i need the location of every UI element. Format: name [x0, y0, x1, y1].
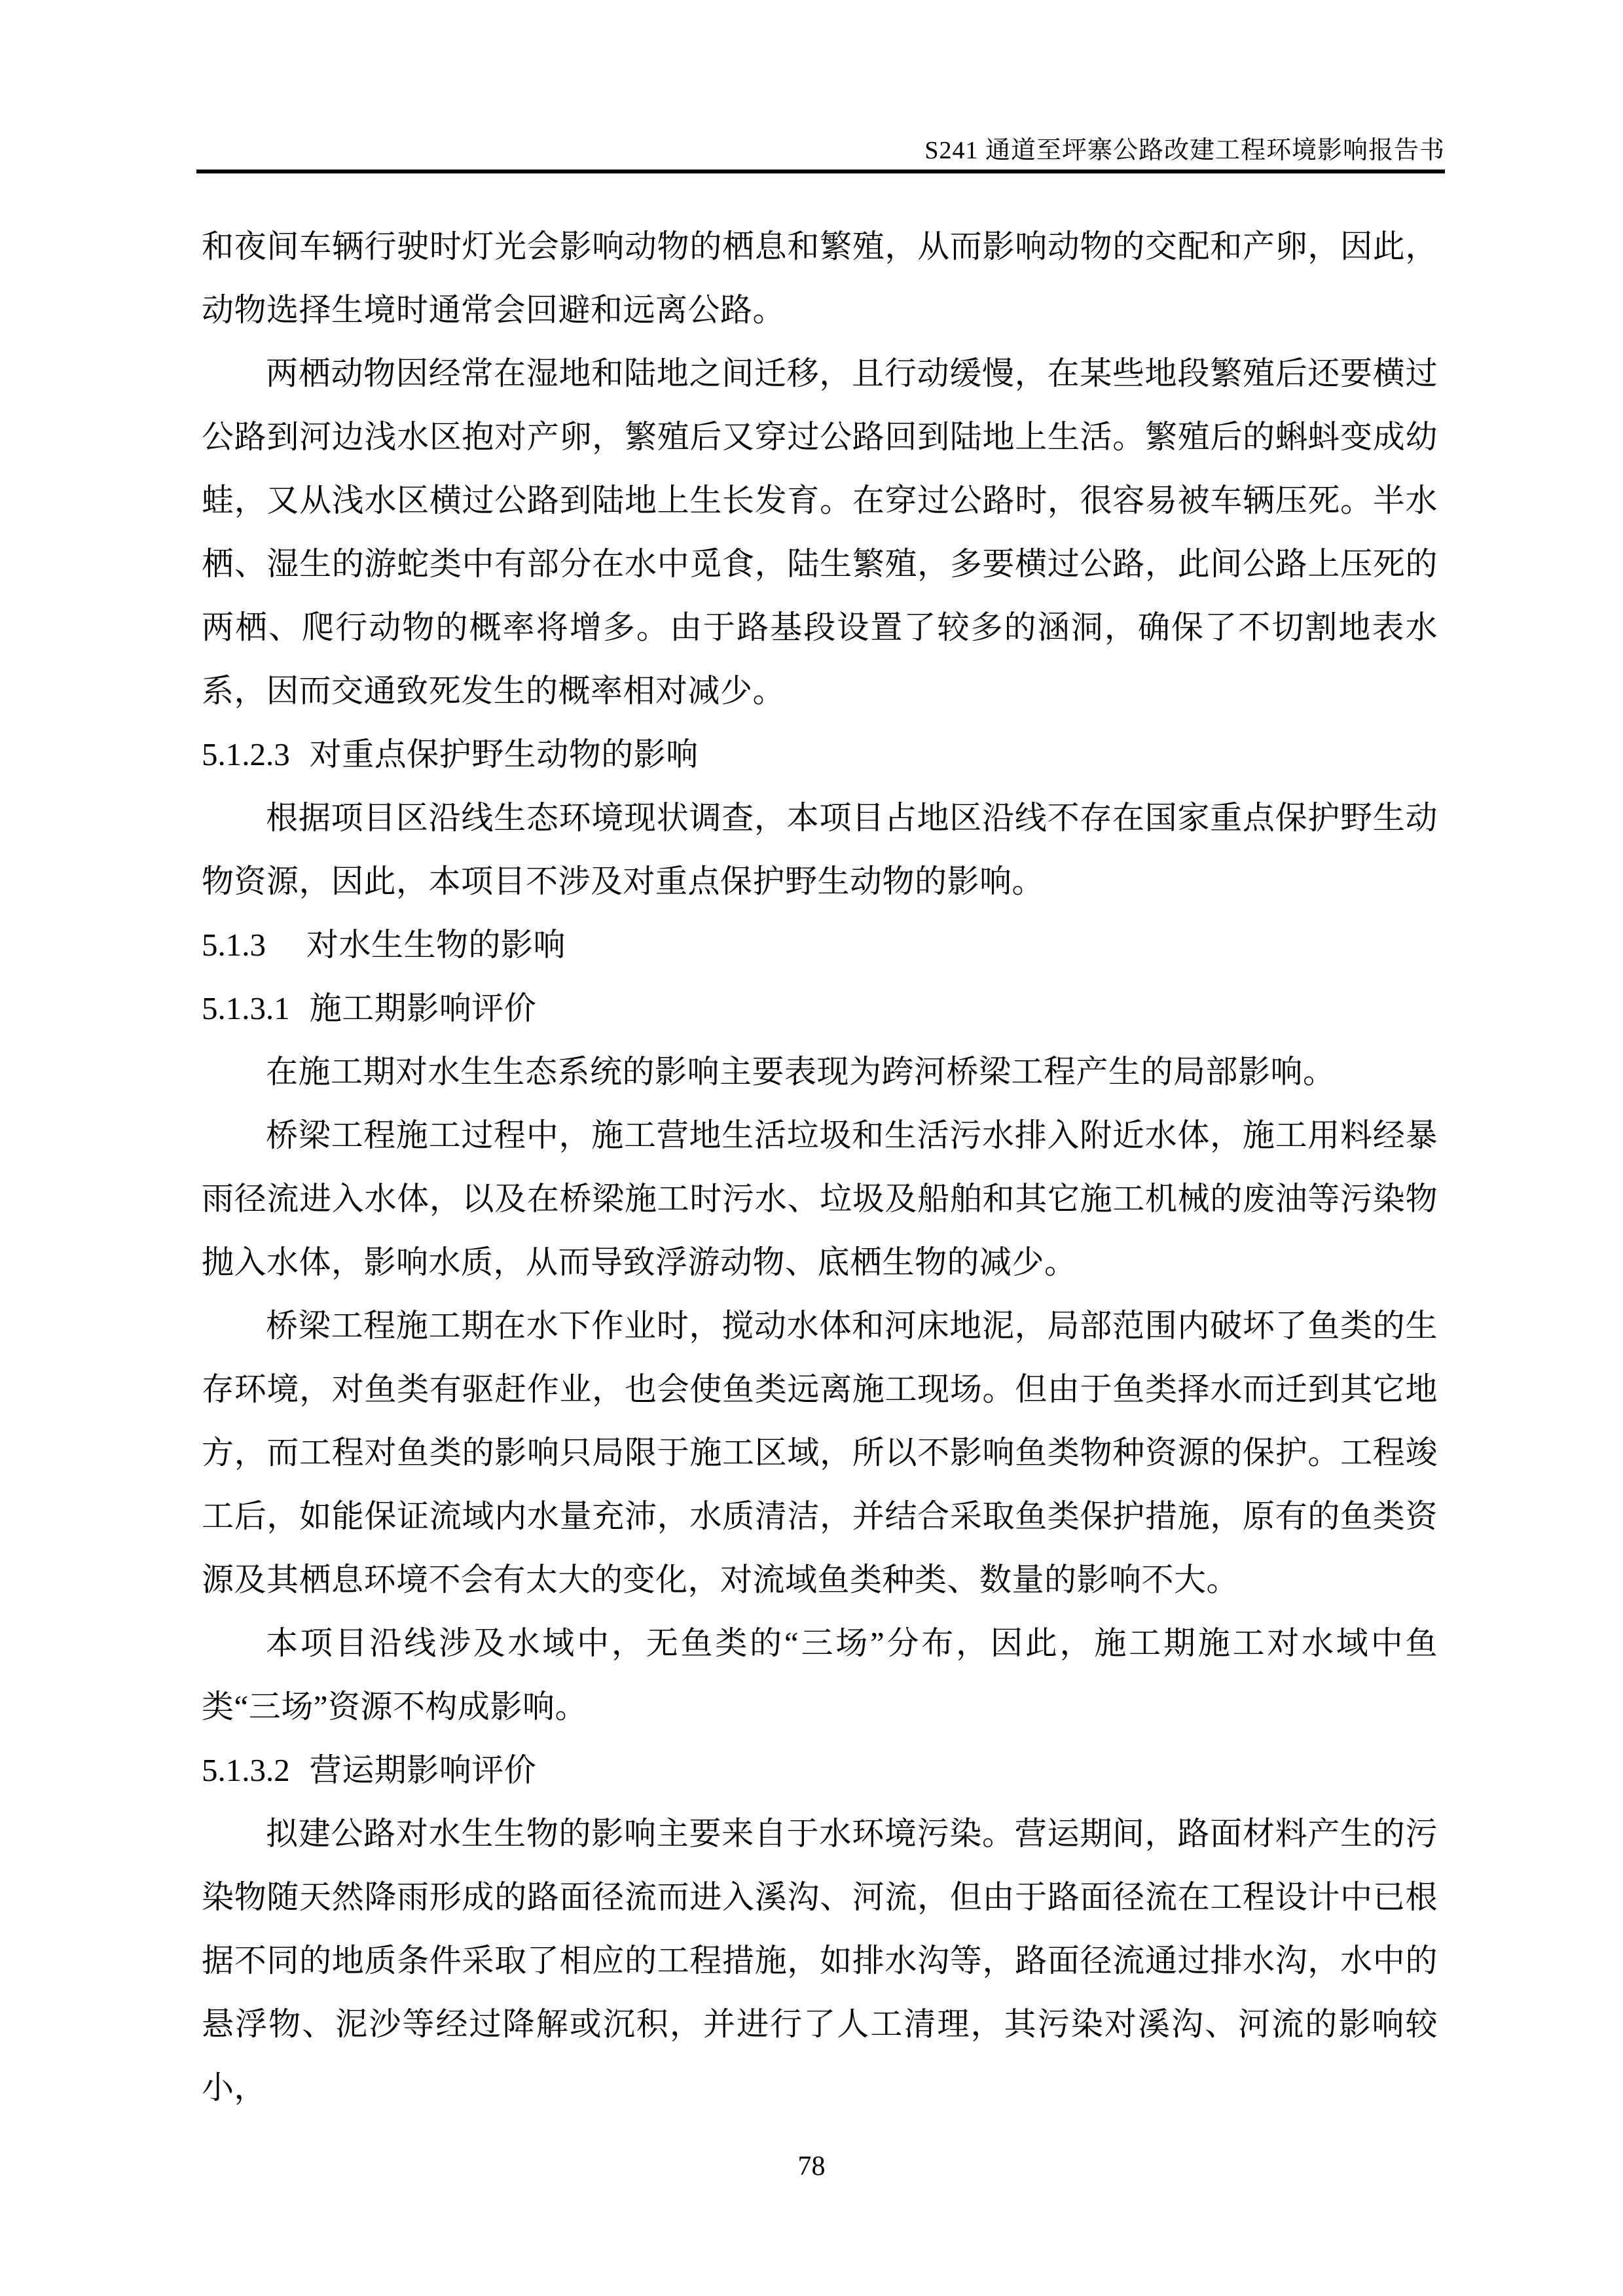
paragraph: 在施工期对水生生态系统的影响主要表现为跨河桥梁工程产生的局部影响。: [202, 1040, 1438, 1103]
section-heading-5-1-2-3: 5.1.2.3对重点保护野生动物的影响: [202, 723, 1438, 786]
section-title: 对重点保护野生动物的影响: [310, 736, 699, 772]
section-title: 对水生生物的影响: [306, 927, 566, 963]
document-body: 和夜间车辆行驶时灯光会影响动物的栖息和繁殖，从而影响动物的交配和产卵，因此，动物…: [202, 215, 1438, 2119]
section-number: 5.1.3.1: [202, 977, 290, 1040]
paragraph: 拟建公路对水生生物的影响主要来自于水环境污染。营运期间，路面材料产生的污染物随天…: [202, 1802, 1438, 2119]
document-page: S241 通道至坪寨公路改建工程环境影响报告书 和夜间车辆行驶时灯光会影响动物的…: [0, 0, 1623, 2296]
header-rule: [196, 170, 1445, 173]
section-number: 5.1.3: [202, 913, 266, 977]
section-heading-5-1-3-1: 5.1.3.1施工期影响评价: [202, 977, 1438, 1040]
paragraph: 本项目沿线涉及水域中，无鱼类的“三场”分布，因此，施工期施工对水域中鱼类“三场”…: [202, 1611, 1438, 1738]
paragraph: 两栖动物因经常在湿地和陆地之间迁移，且行动缓慢，在某些地段繁殖后还要横过公路到河…: [202, 342, 1438, 723]
section-title: 营运期影响评价: [310, 1752, 537, 1788]
section-heading-5-1-3-2: 5.1.3.2营运期影响评价: [202, 1738, 1438, 1802]
paragraph: 桥梁工程施工期在水下作业时，搅动水体和河床地泥，局部范围内破坏了鱼类的生存环境，…: [202, 1294, 1438, 1611]
paragraph: 和夜间车辆行驶时灯光会影响动物的栖息和繁殖，从而影响动物的交配和产卵，因此，动物…: [202, 215, 1438, 342]
paragraph: 根据项目区沿线生态环境现状调查，本项目占地区沿线不存在国家重点保护野生动物资源，…: [202, 786, 1438, 913]
section-number: 5.1.2.3: [202, 723, 290, 786]
section-number: 5.1.3.2: [202, 1738, 290, 1802]
page-header-title: S241 通道至坪寨公路改建工程环境影响报告书: [196, 135, 1445, 166]
paragraph: 桥梁工程施工过程中，施工营地生活垃圾和生活污水排入附近水体，施工用料经暴雨径流进…: [202, 1103, 1438, 1294]
section-title: 施工期影响评价: [310, 990, 537, 1026]
section-heading-5-1-3: 5.1.3对水生生物的影响: [202, 913, 1438, 977]
page-number: 78: [0, 2151, 1623, 2182]
